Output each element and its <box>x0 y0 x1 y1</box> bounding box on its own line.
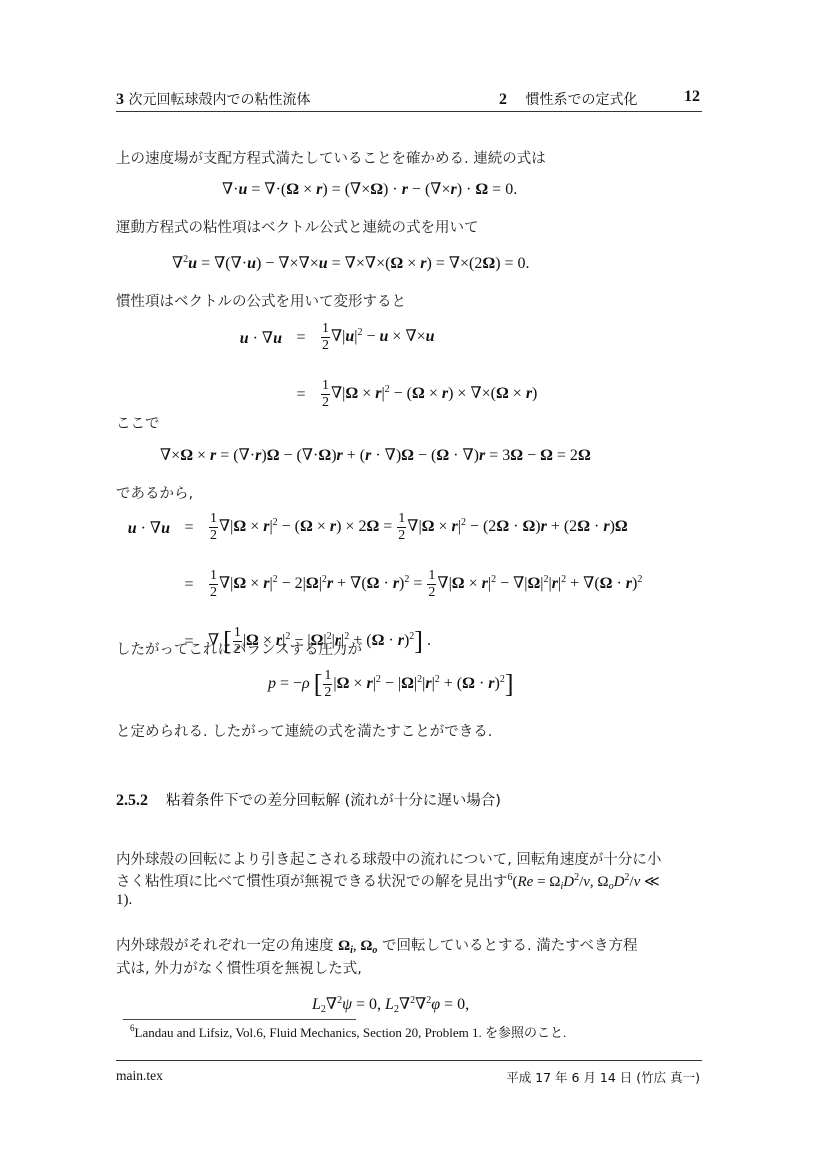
paragraph-7: と定められる. したがって連続の式を満たすことができる. <box>116 720 492 741</box>
paragraph-9-text-b: で回転しているとする. 満たすべき方程 <box>382 938 637 954</box>
header-rule <box>116 111 702 112</box>
footnote: 6Landau and Lifsiz, Vol.6, Fluid Mechani… <box>130 1022 566 1041</box>
paragraph-8-line-1: 内外球殻の回転により引き起こされる球殻中の流れについて, 回転角速度が十分に小 <box>116 848 661 869</box>
equation-continuity: ∇·u = ∇·(Ω × r) = (∇×Ω) · r − (∇×r) · Ω … <box>222 179 517 199</box>
subsection-heading: 2.5.2 粘着条件下での差分回転解 (流れが十分に遅い場合) <box>116 789 501 810</box>
equation-stokes: L2∇2ψ = 0, L2∇2∇2φ = 0, <box>312 994 469 1014</box>
chapter-title: 次元回転球殻内での粘性流体 <box>128 92 310 108</box>
section-title: 慣性系での定式化 <box>525 92 637 108</box>
footer-rule <box>116 1060 702 1061</box>
equation-viscous-term: ∇2u = ∇(∇·u) − ∇×∇×u = ∇×∇×(Ω × r) = ∇×(… <box>172 253 530 273</box>
equation-inertia-term: u · ∇u = 12∇|u|2 − u × ∇×u = 12∇|Ω × r|2… <box>232 322 537 410</box>
equation-curl-identity: ∇×Ω × r = (∇·r)Ω − (∇·Ω)r + (r · ∇)Ω − (… <box>160 445 591 465</box>
paragraph-8-line-3: 1). <box>116 892 132 909</box>
footer-date-author: 平成 17 年 6 月 14 日 (竹広 真一) <box>506 1068 700 1086</box>
paragraph-3: 慣性項はベクトルの公式を用いて変形すると <box>116 290 406 311</box>
footer-filename: main.tex <box>116 1068 163 1084</box>
footnote-rule <box>123 1019 356 1020</box>
paragraph-8-line-2: さく粘性項に比べて慣性項が無視できる状況での解を見出す6(Re = ΩiD2/ν… <box>116 870 660 891</box>
paragraph-5: であるから, <box>116 482 193 503</box>
paragraph-4: ここで <box>116 412 160 433</box>
running-header-section: 2 慣性系での定式化 <box>499 89 637 109</box>
subsection-number: 2.5.2 <box>116 792 148 809</box>
subsection-title: 粘着条件下での差分回転解 (流れが十分に遅い場合) <box>166 793 501 809</box>
page-number: 12 <box>684 88 700 106</box>
section-number: 2 <box>499 91 507 108</box>
paragraph-8-text: さく粘性項に比べて慣性項が無視できる状況での解を見出す <box>116 874 508 890</box>
footnote-text: Landau and Lifsiz, Vol.6, Fluid Mechanic… <box>135 1025 567 1040</box>
equation-pressure: p = −ρ [12|Ω × r|2 − |Ω|2|r|2 + (Ω · r)2… <box>268 669 514 700</box>
paragraph-2: 運動方程式の粘性項はベクトル公式と連続の式を用いて <box>116 216 479 237</box>
footnote-mark[interactable]: 6 <box>508 872 513 883</box>
paragraph-9-line-2: 式は, 外力がなく慣性項を無視した式, <box>116 957 362 978</box>
running-header-left: 3 次元回転球殻内での粘性流体 <box>116 89 310 109</box>
equation-inertia-expanded: u · ∇u = 12∇|Ω × r|2 − (Ω × r) × 2Ω = 12… <box>116 512 642 657</box>
paragraph-1: 上の速度場が支配方程式満たしていることを確かめる. 連続の式は <box>116 147 546 168</box>
paragraph-9-text-a: 内外球殻がそれぞれ一定の角速度 <box>116 938 334 954</box>
paragraph-6: したがってこれにバランスする圧力が <box>116 638 362 659</box>
paragraph-9-line-1: 内外球殻がそれぞれ一定の角速度 Ωi, Ωo で回転しているとする. 満たすべき… <box>116 934 637 955</box>
chapter-number: 3 <box>116 91 124 108</box>
